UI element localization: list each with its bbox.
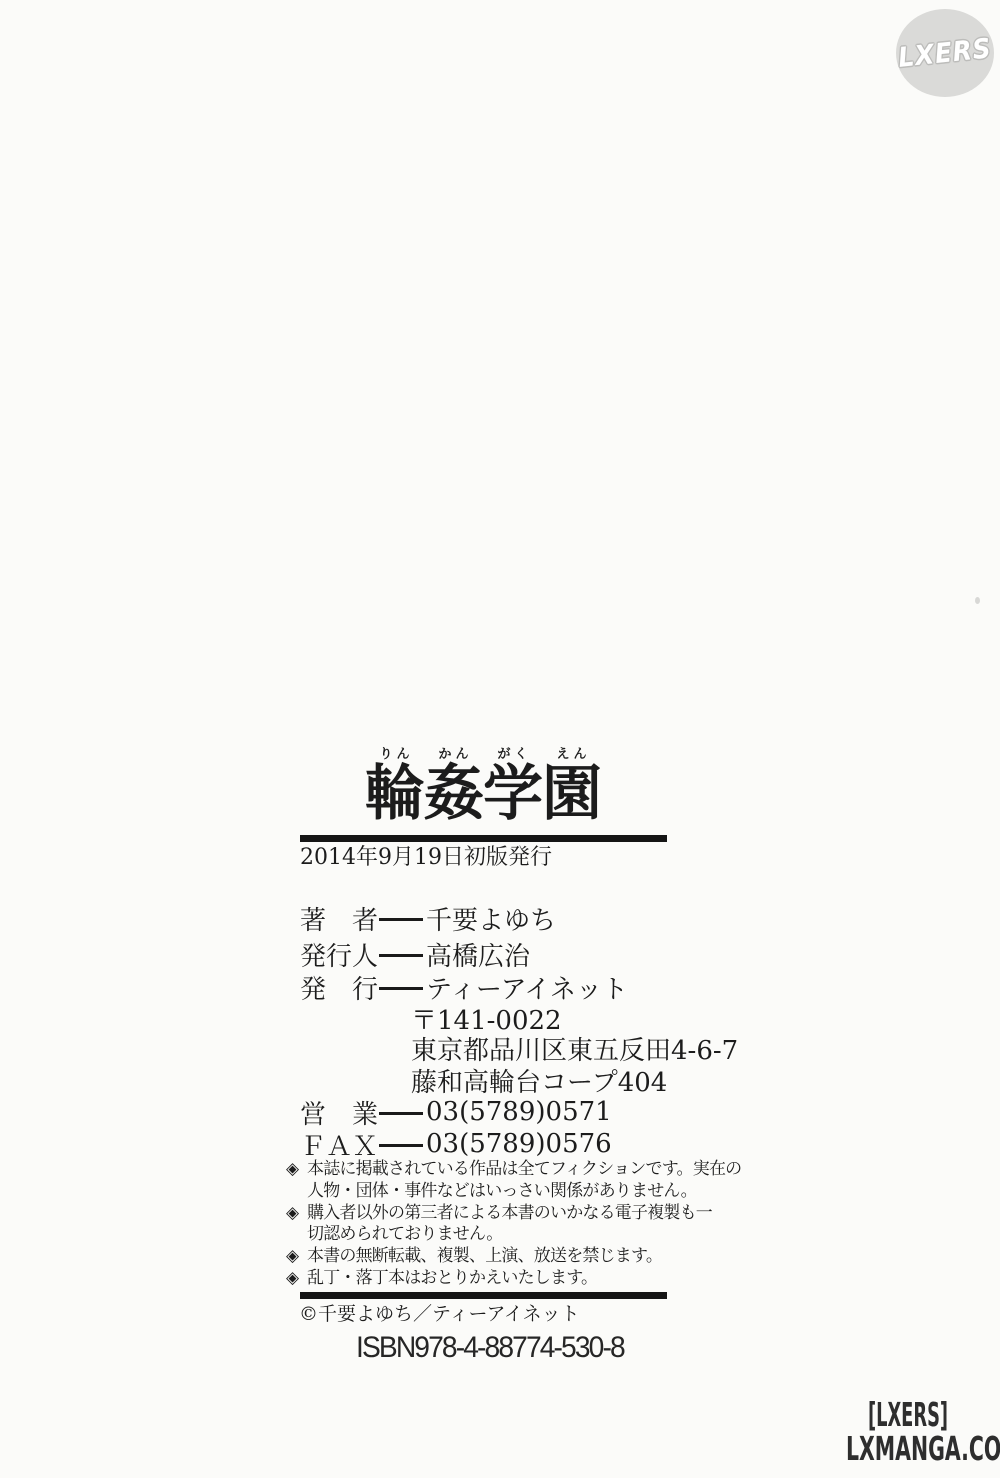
notice-text: 切認められておりません。 bbox=[307, 1224, 502, 1246]
dash-connector bbox=[379, 954, 423, 957]
kanji-text: 学 bbox=[483, 764, 542, 824]
scan-speck bbox=[975, 597, 980, 604]
contact-value: 03(5789)0576 bbox=[426, 1129, 612, 1159]
notice-bullet: ◈ bbox=[286, 1203, 307, 1225]
title-char: えん 園 bbox=[542, 746, 601, 824]
contact-row-sales: 営 業 03(5789)0571 bbox=[300, 1097, 612, 1127]
bottom-divider-rule bbox=[300, 1292, 667, 1299]
notice-text: 購入者以外の第三者による本書のいかなる電子複製も一 bbox=[307, 1203, 712, 1225]
kanji-text: 姦 bbox=[424, 764, 483, 824]
notice-bullet: ◈ bbox=[286, 1268, 307, 1290]
site-watermark-tag: [LXERS] bbox=[854, 1398, 962, 1431]
notice-text: 乱丁・落丁本はおとりかえいたします。 bbox=[307, 1268, 597, 1290]
lxers-badge-logo: LXERS bbox=[896, 9, 994, 97]
kanji-text: 輪 bbox=[365, 764, 424, 824]
title-char: りん 輪 bbox=[365, 746, 424, 824]
credit-label: 著 者 bbox=[300, 900, 379, 937]
address-line: 藤和高輪台コープ404 bbox=[411, 1068, 667, 1098]
notice-line: ◈ 購入者以外の第三者による本書のいかなる電子複製も一 bbox=[286, 1203, 726, 1225]
site-watermark: [LXERS] LXMANGA.COM bbox=[808, 1398, 1000, 1465]
notice-bullet bbox=[286, 1224, 307, 1246]
dash-connector bbox=[379, 1144, 423, 1147]
credit-row-publisher: 発 行 ティーアイネット bbox=[300, 972, 628, 1002]
credit-value: 高橋広治 bbox=[426, 936, 530, 973]
credit-row-publisher-person: 発行人 高橋広治 bbox=[300, 939, 530, 969]
notice-line: ◈ 本誌に掲載されている作品は全てフィクションです。実在の bbox=[286, 1159, 726, 1181]
site-watermark-domain: LXMANGA.COM bbox=[846, 1432, 970, 1465]
credit-value: 千要よゆち bbox=[426, 900, 556, 937]
contact-value: 03(5789)0571 bbox=[426, 1097, 612, 1127]
notice-bullet: ◈ bbox=[286, 1246, 307, 1268]
notice-line: ◈ 本書の無断転載、複製、上演、放送を禁じます。 bbox=[286, 1246, 726, 1268]
kanji-text: 園 bbox=[542, 764, 601, 824]
colophon-page: LXERS りん 輪 かん 姦 がく 学 えん 園 2014年9月19日初版発行… bbox=[0, 0, 1000, 1478]
credit-label: 発 行 bbox=[300, 969, 379, 1006]
postal-code: 〒141-0022 bbox=[411, 1006, 562, 1036]
address-line: 東京都品川区東五反田4-6-7 bbox=[411, 1036, 738, 1066]
notice-line: 切認められておりません。 bbox=[286, 1224, 726, 1246]
dash-connector bbox=[379, 1112, 423, 1115]
title-divider-rule bbox=[300, 835, 667, 842]
contact-row-fax: ＦＡＸ 03(5789)0576 bbox=[300, 1129, 612, 1159]
notice-text: 人物・団体・事件などはいっさい関係がありません。 bbox=[307, 1181, 697, 1203]
edition-date: 2014年9月19日初版発行 bbox=[300, 845, 552, 871]
notice-bullet bbox=[286, 1181, 307, 1203]
isbn-number: ISBN978-4-88774-530-8 bbox=[356, 1331, 624, 1365]
notice-text: 本書の無断転載、複製、上演、放送を禁じます。 bbox=[307, 1246, 662, 1268]
notice-text: 本誌に掲載されている作品は全てフィクションです。実在の bbox=[307, 1159, 741, 1181]
notice-line: ◈ 乱丁・落丁本はおとりかえいたします。 bbox=[286, 1268, 726, 1290]
title-char: がく 学 bbox=[483, 746, 542, 824]
title-char: かん 姦 bbox=[424, 746, 483, 824]
dash-connector bbox=[379, 987, 423, 990]
notice-bullet: ◈ bbox=[286, 1159, 307, 1181]
copyright-line: ©千要よゆち／ティーアイネット bbox=[299, 1303, 580, 1326]
notice-line: 人物・団体・事件などはいっさい関係がありません。 bbox=[286, 1181, 726, 1203]
lxers-badge-label: LXERS bbox=[897, 33, 993, 74]
credit-value: ティーアイネット bbox=[426, 969, 628, 1006]
contact-label: ＦＡＸ bbox=[300, 1126, 379, 1163]
credit-row-author: 著 者 千要よゆち bbox=[300, 903, 556, 933]
legal-notices: ◈ 本誌に掲載されている作品は全てフィクションです。実在の 人物・団体・事件など… bbox=[286, 1159, 726, 1290]
book-title: りん 輪 かん 姦 がく 学 えん 園 bbox=[365, 746, 601, 824]
credit-label: 発行人 bbox=[300, 936, 379, 973]
dash-connector bbox=[379, 918, 423, 921]
